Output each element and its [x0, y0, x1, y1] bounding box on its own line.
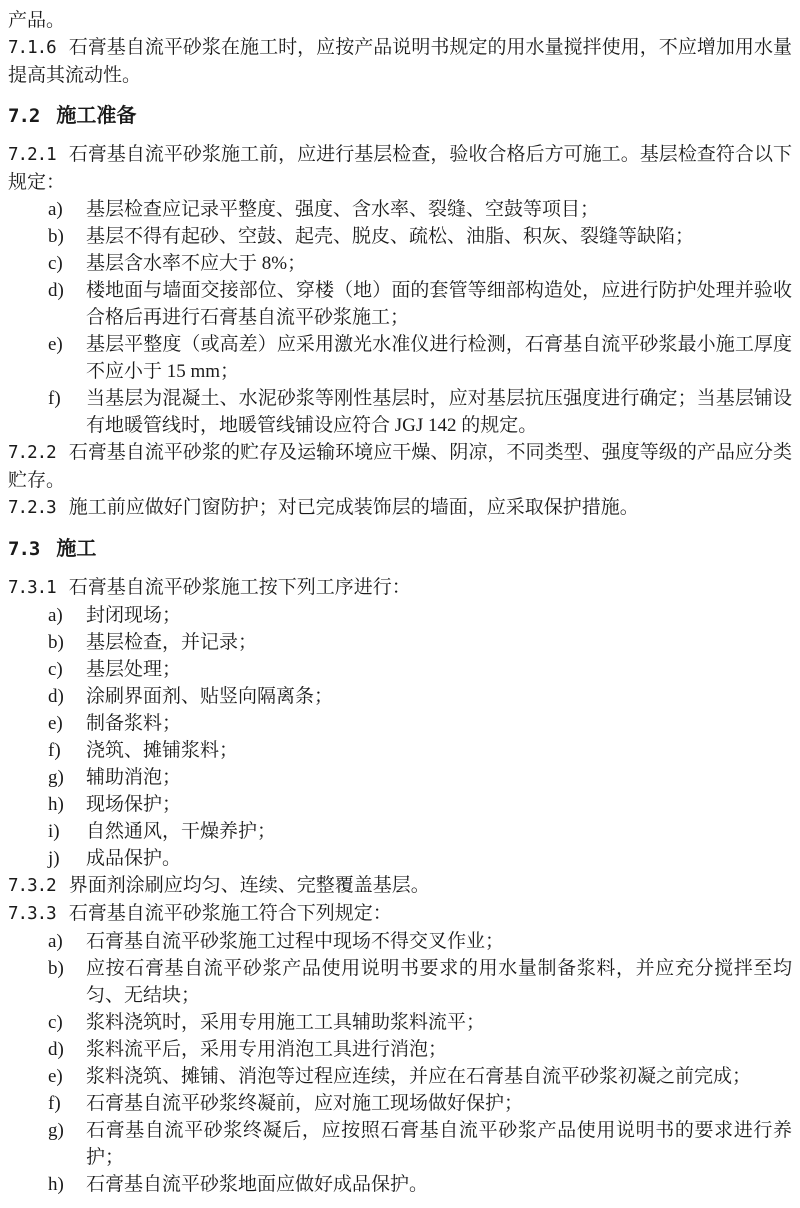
- list-item-text: 浆料浇筑、摊铺、消泡等过程应连续，并应在石膏基自流平砂浆初凝之前完成；: [86, 1063, 792, 1090]
- clause-number: 7.2.1: [8, 145, 56, 165]
- list-item: f)浇筑、摊铺浆料；: [48, 737, 792, 764]
- clause-text: 石膏基自流平砂浆施工符合下列规定：: [69, 903, 392, 924]
- list-item-label: c): [48, 656, 86, 683]
- list-item-label: j): [48, 845, 86, 872]
- list-item: b)应按石膏基自流平砂浆产品使用说明书要求的用水量制备浆料，并应充分搅拌至均匀、…: [48, 955, 792, 1009]
- list-item-text: 浆料流平后，采用专用消泡工具进行消泡；: [86, 1036, 792, 1063]
- list-item: d)涂刷界面剂、贴竖向隔离条；: [48, 683, 792, 710]
- list-item-text: 当基层为混凝土、水泥砂浆等刚性基层时，应对基层抗压强度进行确定；当基层铺设有地暖…: [86, 385, 792, 439]
- list-item-text: 楼地面与墙面交接部位、穿楼（地）面的套管等细部构造处，应进行防护处理并验收合格后…: [86, 277, 792, 331]
- list-item-text: 制备浆料；: [86, 710, 792, 737]
- clause-7-2-2: 7.2.2石膏基自流平砂浆的贮存及运输环境应干燥、阴凉，不同类型、强度等级的产品…: [8, 439, 792, 494]
- list-item: e)制备浆料；: [48, 710, 792, 737]
- list-item-label: a): [48, 928, 86, 955]
- document-page: 产品。 7.1.6石膏基自流平砂浆在施工时，应按产品说明书规定的用水量搅拌使用，…: [0, 0, 800, 1208]
- paragraph-fragment: 产品。: [8, 7, 792, 34]
- list-item-text: 浇筑、摊铺浆料；: [86, 737, 792, 764]
- clause-number: 7.3.3: [8, 904, 56, 924]
- list-item: b)基层不得有起砂、空鼓、起壳、脱皮、疏松、油脂、积灰、裂缝等缺陷；: [48, 223, 792, 250]
- heading-number: 7.2: [8, 105, 39, 127]
- list-item-text: 现场保护；: [86, 791, 792, 818]
- list-item: a)石膏基自流平砂浆施工过程中现场不得交叉作业；: [48, 928, 792, 955]
- list-item: e)基层平整度（或高差）应采用激光水准仪进行检测，石膏基自流平砂浆最小施工厚度不…: [48, 331, 792, 385]
- heading-title: 施工: [56, 538, 96, 560]
- list-item: g)辅助消泡；: [48, 764, 792, 791]
- list-item-label: a): [48, 602, 86, 629]
- list-item-text: 基层检查应记录平整度、强度、含水率、裂缝、空鼓等项目；: [86, 196, 792, 223]
- list-item-label: e): [48, 331, 86, 385]
- clause-text: 石膏基自流平砂浆施工按下列工序进行：: [69, 577, 411, 598]
- list-item: f)当基层为混凝土、水泥砂浆等刚性基层时，应对基层抗压强度进行确定；当基层铺设有…: [48, 385, 792, 439]
- list-item: f)石膏基自流平砂浆终凝前，应对施工现场做好保护；: [48, 1090, 792, 1117]
- list-item: a)基层检查应记录平整度、强度、含水率、裂缝、空鼓等项目；: [48, 196, 792, 223]
- list-item-label: h): [48, 1171, 86, 1198]
- list-item-label: d): [48, 1036, 86, 1063]
- list-item-label: g): [48, 1117, 86, 1171]
- list-item: h)现场保护；: [48, 791, 792, 818]
- list-item-text: 基层平整度（或高差）应采用激光水准仪进行检测，石膏基自流平砂浆最小施工厚度不应小…: [86, 331, 792, 385]
- list-item-label: d): [48, 277, 86, 331]
- list-item-text: 自然通风，干燥养护；: [86, 818, 792, 845]
- list-item-text: 应按石膏基自流平砂浆产品使用说明书要求的用水量制备浆料，并应充分搅拌至均匀、无结…: [86, 955, 792, 1009]
- list-item: a)封闭现场；: [48, 602, 792, 629]
- list-item-label: f): [48, 1090, 86, 1117]
- list-item-label: e): [48, 1063, 86, 1090]
- clause-7-2-3: 7.2.3施工前应做好门窗防护；对已完成装饰层的墙面，应采取保护措施。: [8, 494, 792, 522]
- list-item-text: 封闭现场；: [86, 602, 792, 629]
- list-item-label: f): [48, 737, 86, 764]
- clause-text: 石膏基自流平砂浆在施工时，应按产品说明书规定的用水量搅拌使用，不应增加用水量提高…: [8, 37, 792, 86]
- list-item-text: 石膏基自流平砂浆施工过程中现场不得交叉作业；: [86, 928, 792, 955]
- clause-7-2-1: 7.2.1石膏基自流平砂浆施工前，应进行基层检查，验收合格后方可施工。基层检查符…: [8, 141, 792, 196]
- clause-text: 石膏基自流平砂浆的贮存及运输环境应干燥、阴凉，不同类型、强度等级的产品应分类贮存…: [8, 442, 792, 491]
- list-item-label: f): [48, 385, 86, 439]
- list-item: i)自然通风，干燥养护；: [48, 818, 792, 845]
- list-item-text: 成品保护。: [86, 845, 792, 872]
- section-heading-7-3: 7.3施工: [8, 536, 792, 563]
- list-item-label: c): [48, 1009, 86, 1036]
- clause-number: 7.3.2: [8, 876, 56, 896]
- list-item-text: 基层处理；: [86, 656, 792, 683]
- clause-7-1-6: 7.1.6石膏基自流平砂浆在施工时，应按产品说明书规定的用水量搅拌使用，不应增加…: [8, 34, 792, 89]
- clause-text: 界面剂涂刷应均匀、连续、完整覆盖基层。: [69, 875, 430, 896]
- list-item-label: b): [48, 629, 86, 656]
- list-item-label: a): [48, 196, 86, 223]
- clause-7-3-1: 7.3.1石膏基自流平砂浆施工按下列工序进行：: [8, 574, 792, 602]
- clause-number: 7.2.3: [8, 498, 56, 518]
- list-item-text: 石膏基自流平砂浆地面应做好成品保护。: [86, 1171, 792, 1198]
- list-item-label: d): [48, 683, 86, 710]
- list-item: d)楼地面与墙面交接部位、穿楼（地）面的套管等细部构造处，应进行防护处理并验收合…: [48, 277, 792, 331]
- heading-number: 7.3: [8, 538, 39, 560]
- list-item-text: 基层含水率不应大于 8%；: [86, 250, 792, 277]
- clause-number: 7.3.1: [8, 578, 56, 598]
- list-item: c)基层处理；: [48, 656, 792, 683]
- list-item-label: b): [48, 223, 86, 250]
- list-item-text: 涂刷界面剂、贴竖向隔离条；: [86, 683, 792, 710]
- list-item-label: c): [48, 250, 86, 277]
- heading-title: 施工准备: [56, 105, 136, 127]
- list-item-text: 浆料浇筑时，采用专用施工工具辅助浆料流平；: [86, 1009, 792, 1036]
- clause-7-3-3: 7.3.3石膏基自流平砂浆施工符合下列规定：: [8, 900, 792, 928]
- list-item: e)浆料浇筑、摊铺、消泡等过程应连续，并应在石膏基自流平砂浆初凝之前完成；: [48, 1063, 792, 1090]
- list-item: b)基层检查，并记录；: [48, 629, 792, 656]
- list-item-text: 石膏基自流平砂浆终凝后，应按照石膏基自流平砂浆产品使用说明书的要求进行养护；: [86, 1117, 792, 1171]
- list-item-label: i): [48, 818, 86, 845]
- list-item: d)浆料流平后，采用专用消泡工具进行消泡；: [48, 1036, 792, 1063]
- list-item-text: 辅助消泡；: [86, 764, 792, 791]
- list-item-label: e): [48, 710, 86, 737]
- list-item: j)成品保护。: [48, 845, 792, 872]
- clause-text: 施工前应做好门窗防护；对已完成装饰层的墙面，应采取保护措施。: [69, 497, 639, 518]
- clause-number: 7.2.2: [8, 443, 56, 463]
- list-item: h)石膏基自流平砂浆地面应做好成品保护。: [48, 1171, 792, 1198]
- list-item: c)浆料浇筑时，采用专用施工工具辅助浆料流平；: [48, 1009, 792, 1036]
- clause-7-3-2: 7.3.2界面剂涂刷应均匀、连续、完整覆盖基层。: [8, 872, 792, 900]
- list-item-text: 基层不得有起砂、空鼓、起壳、脱皮、疏松、油脂、积灰、裂缝等缺陷；: [86, 223, 792, 250]
- section-heading-7-2: 7.2施工准备: [8, 103, 792, 130]
- list-item-text: 石膏基自流平砂浆终凝前，应对施工现场做好保护；: [86, 1090, 792, 1117]
- list-item: c)基层含水率不应大于 8%；: [48, 250, 792, 277]
- list-item-label: g): [48, 764, 86, 791]
- clause-text: 石膏基自流平砂浆施工前，应进行基层检查，验收合格后方可施工。基层检查符合以下规定…: [8, 144, 792, 193]
- list-item-text: 基层检查，并记录；: [86, 629, 792, 656]
- list-item: g)石膏基自流平砂浆终凝后，应按照石膏基自流平砂浆产品使用说明书的要求进行养护；: [48, 1117, 792, 1171]
- list-item-label: h): [48, 791, 86, 818]
- clause-number: 7.1.6: [8, 38, 56, 58]
- list-item-label: b): [48, 955, 86, 1009]
